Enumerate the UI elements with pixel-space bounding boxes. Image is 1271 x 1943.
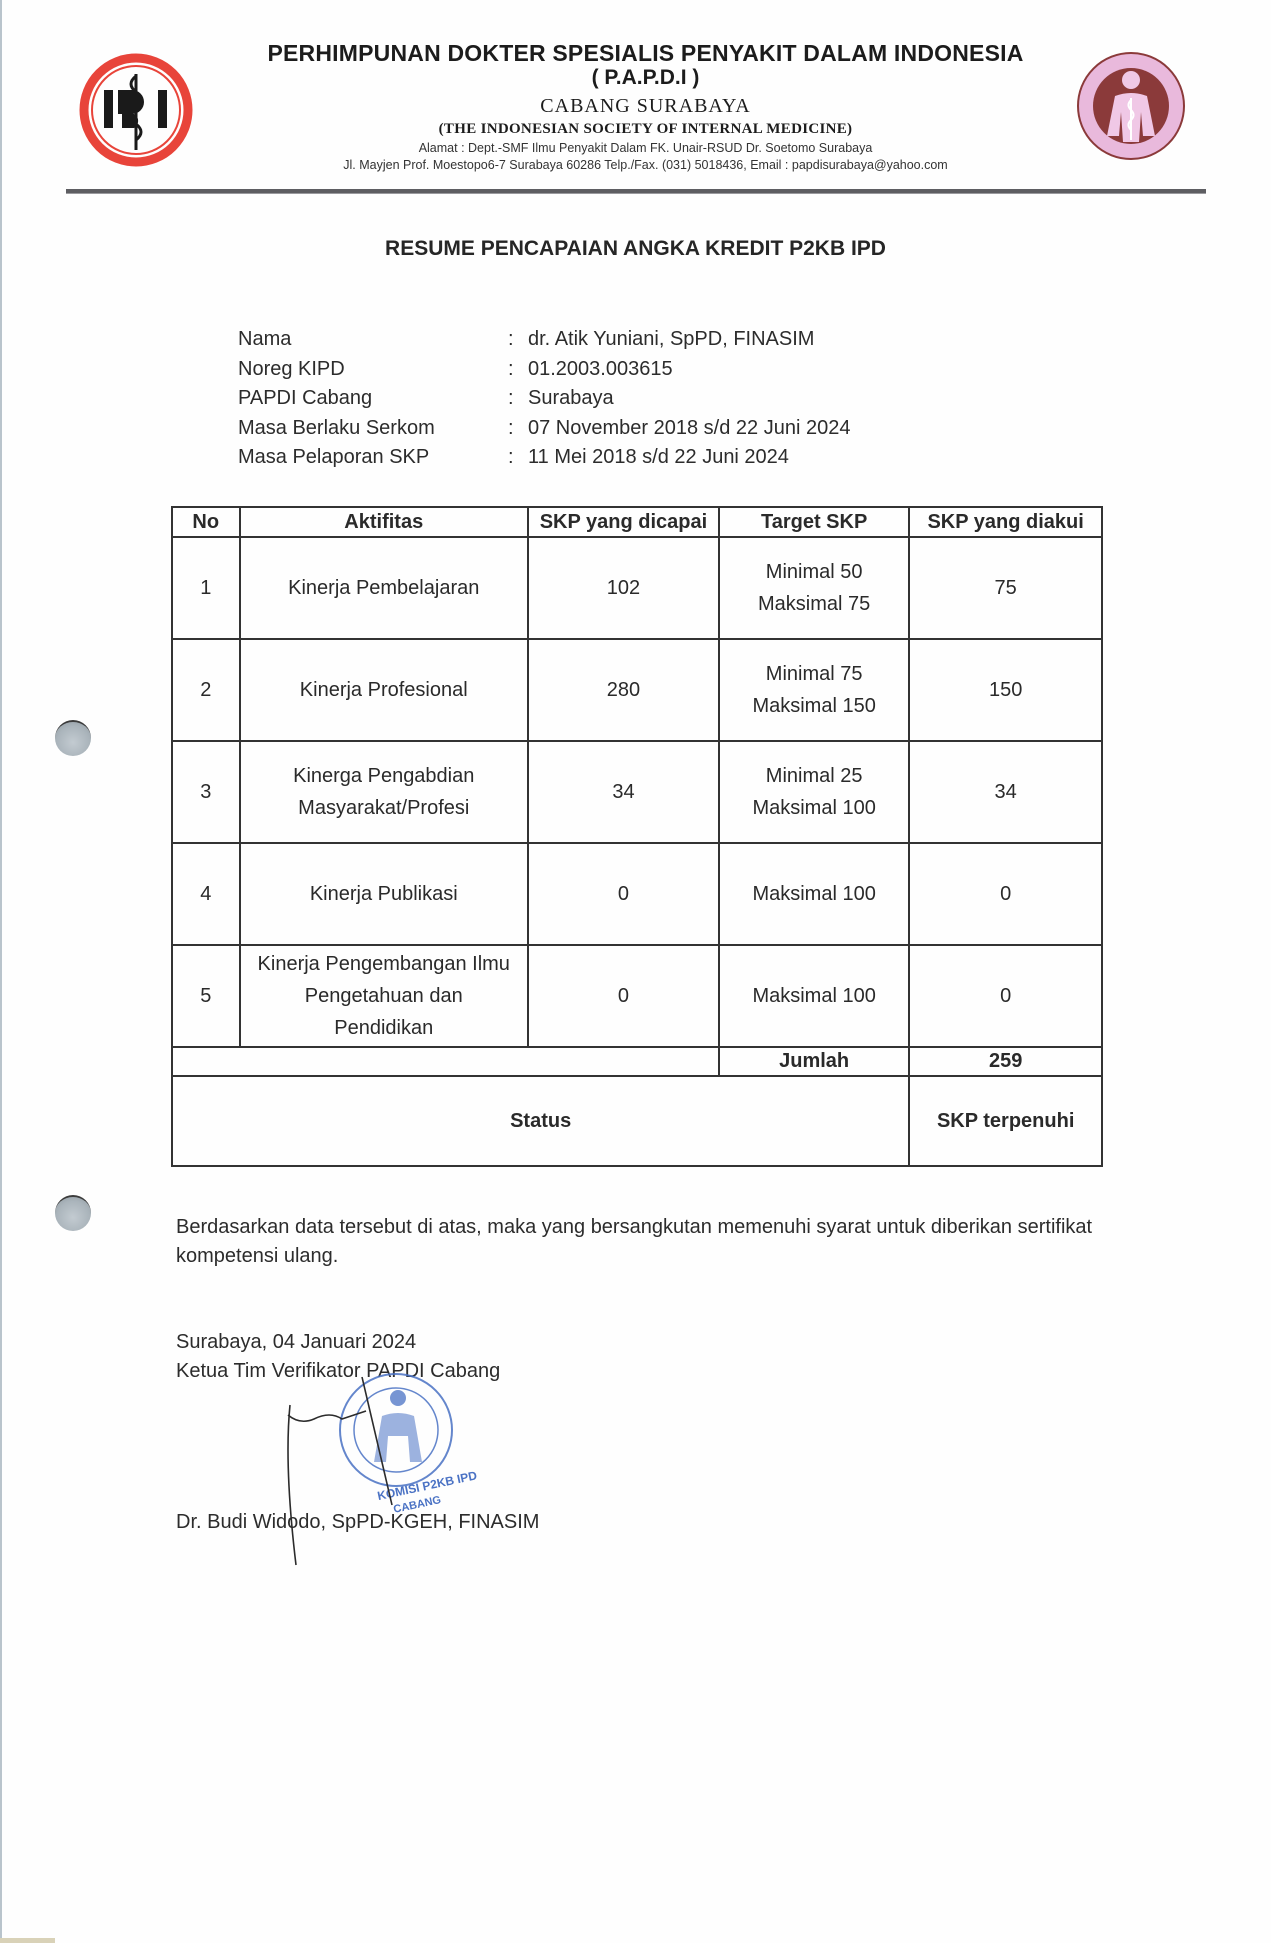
column-header-achieved: SKP yang dicapai xyxy=(528,507,719,537)
activity-line: Pengetahuan dan xyxy=(245,980,523,1012)
target-line: Maksimal 150 xyxy=(724,690,904,722)
letterhead-divider xyxy=(66,189,1206,194)
target-line: Minimal 50 xyxy=(724,556,904,588)
scan-artifact xyxy=(0,1938,55,1943)
cell-achieved: 0 xyxy=(528,843,719,945)
target-line: Maksimal 100 xyxy=(724,878,904,910)
activity-line: Kinerja Pembelajaran xyxy=(245,572,523,604)
identity-info: Nama : dr. Atik Yuniani, SpPD, FINASIM N… xyxy=(238,328,850,476)
info-row: Noreg KIPD : 01.2003.003615 xyxy=(238,358,850,388)
cell-no: 4 xyxy=(172,843,240,945)
target-line: Minimal 25 xyxy=(724,760,904,792)
status-value: SKP terpenuhi xyxy=(909,1076,1102,1166)
info-row: Masa Berlaku Serkom : 07 November 2018 s… xyxy=(238,417,850,447)
cell-recognized: 0 xyxy=(909,945,1102,1047)
info-value: dr. Atik Yuniani, SpPD, FINASIM xyxy=(528,328,814,358)
target-line: Maksimal 100 xyxy=(724,980,904,1012)
info-row: Nama : dr. Atik Yuniani, SpPD, FINASIM xyxy=(238,328,850,358)
info-separator: : xyxy=(508,446,528,476)
cell-no: 2 xyxy=(172,639,240,741)
target-line: Minimal 75 xyxy=(724,658,904,690)
page-edge xyxy=(0,0,2,1943)
info-label: Nama xyxy=(238,328,508,358)
total-value: 259 xyxy=(909,1047,1102,1076)
cell-recognized: 75 xyxy=(909,537,1102,639)
cell-target: Maksimal 100 xyxy=(719,843,909,945)
column-header-activity: Aktifitas xyxy=(240,507,528,537)
table-row: 3Kinerga PengabdianMasyarakat/Profesi34M… xyxy=(172,741,1102,843)
cell-no: 5 xyxy=(172,945,240,1047)
info-separator: : xyxy=(508,417,528,447)
cell-achieved: 34 xyxy=(528,741,719,843)
info-separator: : xyxy=(508,328,528,358)
column-header-recognized: SKP yang diakui xyxy=(909,507,1102,537)
total-spacer xyxy=(172,1047,719,1076)
cell-recognized: 150 xyxy=(909,639,1102,741)
column-header-target: Target SKP xyxy=(719,507,909,537)
cell-activity: Kinerja Profesional xyxy=(240,639,528,741)
cell-target: Minimal 25Maksimal 100 xyxy=(719,741,909,843)
info-value: 01.2003.003615 xyxy=(528,358,673,388)
target-line: Maksimal 75 xyxy=(724,588,904,620)
cell-no: 1 xyxy=(172,537,240,639)
info-separator: : xyxy=(508,387,528,417)
skp-summary-table: No Aktifitas SKP yang dicapai Target SKP… xyxy=(171,506,1103,1167)
cell-activity: Kinerja Pengembangan IlmuPengetahuan dan… xyxy=(240,945,528,1047)
activity-line: Masyarakat/Profesi xyxy=(245,792,523,824)
info-row: PAPDI Cabang : Surabaya xyxy=(238,387,850,417)
status-label: Status xyxy=(172,1076,909,1166)
info-value: 11 Mei 2018 s/d 22 Juni 2024 xyxy=(528,446,789,476)
signatory-name: Dr. Budi Widodo, SpPD-KGEH, FINASIM xyxy=(176,1511,539,1534)
total-label: Jumlah xyxy=(719,1047,909,1076)
conclusion-text: Berdasarkan data tersebut di atas, maka … xyxy=(176,1213,1116,1271)
column-header-no: No xyxy=(172,507,240,537)
activity-line: Pendidikan xyxy=(245,1012,523,1044)
cell-activity: Kinerja Pembelajaran xyxy=(240,537,528,639)
info-row: Masa Pelaporan SKP : 11 Mei 2018 s/d 22 … xyxy=(238,446,850,476)
table-row: 5Kinerja Pengembangan IlmuPengetahuan da… xyxy=(172,945,1102,1047)
punch-hole xyxy=(55,720,91,756)
place-date: Surabaya, 04 Januari 2024 xyxy=(176,1331,416,1354)
activity-line: Kinerga Pengabdian xyxy=(245,760,523,792)
info-label: Masa Pelaporan SKP xyxy=(238,446,508,476)
activity-line: Kinerja Profesional xyxy=(245,674,523,706)
activity-line: Kinerja Pengembangan Ilmu xyxy=(245,948,523,980)
info-label: Masa Berlaku Serkom xyxy=(238,417,508,447)
cell-achieved: 280 xyxy=(528,639,719,741)
cell-activity: Kinerja Publikasi xyxy=(240,843,528,945)
table-row: 4Kinerja Publikasi0Maksimal 1000 xyxy=(172,843,1102,945)
cell-achieved: 0 xyxy=(528,945,719,1047)
cell-activity: Kinerga PengabdianMasyarakat/Profesi xyxy=(240,741,528,843)
table-row: 2Kinerja Profesional280Minimal 75Maksima… xyxy=(172,639,1102,741)
table-header-row: No Aktifitas SKP yang dicapai Target SKP… xyxy=(172,507,1102,537)
status-row: Status SKP terpenuhi xyxy=(172,1076,1102,1166)
document-title: RESUME PENCAPAIAN ANGKA KREDIT P2KB IPD xyxy=(0,237,1271,261)
cell-target: Maksimal 100 xyxy=(719,945,909,1047)
activity-line: Kinerja Publikasi xyxy=(245,878,523,910)
cell-recognized: 34 xyxy=(909,741,1102,843)
cell-target: Minimal 75Maksimal 150 xyxy=(719,639,909,741)
cell-achieved: 102 xyxy=(528,537,719,639)
target-line: Maksimal 100 xyxy=(724,792,904,824)
papdi-seal-icon xyxy=(1075,50,1187,162)
info-value: 07 November 2018 s/d 22 Juni 2024 xyxy=(528,417,850,447)
cell-no: 3 xyxy=(172,741,240,843)
total-row: Jumlah 259 xyxy=(172,1047,1102,1076)
info-label: PAPDI Cabang xyxy=(238,387,508,417)
punch-hole xyxy=(55,1195,91,1231)
info-value: Surabaya xyxy=(528,387,614,417)
info-separator: : xyxy=(508,358,528,388)
table-row: 1Kinerja Pembelajaran102Minimal 50Maksim… xyxy=(172,537,1102,639)
info-label: Noreg KIPD xyxy=(238,358,508,388)
cell-target: Minimal 50Maksimal 75 xyxy=(719,537,909,639)
cell-recognized: 0 xyxy=(909,843,1102,945)
handwritten-signature xyxy=(270,1375,500,1575)
